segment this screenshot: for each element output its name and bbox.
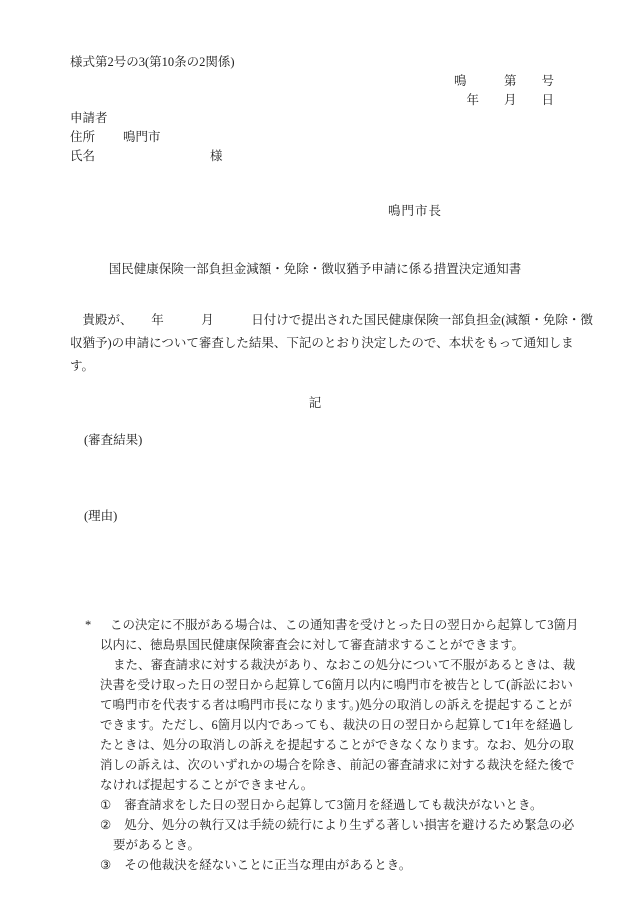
review-result-label: (審査結果) <box>84 430 142 448</box>
reason-label: (理由) <box>84 506 117 524</box>
address-value: 鳴門市 <box>123 130 161 144</box>
honorific-label: 様 <box>210 149 223 163</box>
doc-number-line: 鳴 第 号 <box>454 71 554 89</box>
footnote-para1-line1: *この決定に不服がある場合は、この通知書を受けとった日の翌日から起算して3箇月 <box>100 615 579 635</box>
item-3-number: ③ <box>100 855 111 875</box>
name-line: 氏名様 <box>70 146 223 164</box>
footnote-para2-line3: て鳴門市を代表する者は鳴門市長になります。)処分の取消しの訴えを提起することが <box>100 695 579 715</box>
date-line: 年 月 日 <box>466 90 554 108</box>
body-paragraph: 貴殿が、 年 月 日付けで提出された国民健康保険一部負担金(減額・免除・徴 収猶… <box>70 309 593 378</box>
name-label: 氏名 <box>70 149 95 163</box>
record-mark: 記 <box>0 393 630 411</box>
footnote-para2-line2: 決書を受け取った日の翌日から起算して6箇月以内に鳴門市を被告として(訴訟におい <box>100 675 579 695</box>
sender-name: 鳴門市長 <box>388 201 442 219</box>
address-line: 住所鳴門市 <box>70 127 161 145</box>
footnote-para2-line1: また、審査請求に対する裁決があり、なおこの処分について不服があるときは、裁 <box>100 655 579 675</box>
footnote-para2-line5: たときは、処分の取消しの訴えを提起することができなくなります。なお、処分の取 <box>100 735 579 755</box>
footnote-para1-line2: 以内に、徳島県国民健康保険審査会に対して審査請求することができます。 <box>100 635 579 655</box>
footnote-item-2: ②処分、処分の執行又は手続の続行により生ずる著しい損害を避けるため緊急の必 <box>100 815 579 835</box>
footnote-block: *この決定に不服がある場合は、この通知書を受けとった日の翌日から起算して3箇月 … <box>100 615 579 875</box>
body-line-2: 収猶予)の申請について審査した結果、下記のとおり決定したので、本状をもって通知し… <box>70 332 593 355</box>
form-number: 様式第2号の3(第10条の2関係) <box>70 52 235 70</box>
document-page: 様式第2号の3(第10条の2関係) 鳴 第 号 年 月 日 申請者 住所鳴門市 … <box>0 0 630 915</box>
footnote-item-3: ③その他裁決を経ないことに正当な理由があるとき。 <box>100 855 579 875</box>
asterisk-marker: * <box>85 615 91 635</box>
body-line-1: 貴殿が、 年 月 日付けで提出された国民健康保険一部負担金(減額・免除・徴 <box>70 309 593 332</box>
footnote-para2-line7: なければ提起することができません。 <box>100 775 579 795</box>
footnote-para2-line6: 消しの訴えは、次のいずれかの場合を除き、前記の審査請求に対する裁決を経た後で <box>100 755 579 775</box>
document-title: 国民健康保険一部負担金減額・免除・徴収猶予申請に係る措置決定通知書 <box>0 259 630 277</box>
applicant-label: 申請者 <box>70 108 108 126</box>
address-label: 住所 <box>70 130 95 144</box>
footnote-item-1: ①審査請求をした日の翌日から起算して3箇月を経過しても裁決がないとき。 <box>100 795 579 815</box>
item-1-number: ① <box>100 795 111 815</box>
body-line-3: す。 <box>70 355 593 378</box>
footnote-item-2-cont: 要があるとき。 <box>100 835 579 855</box>
item-2-number: ② <box>100 815 111 835</box>
footnote-para2-line4: できます。ただし、6箇月以内であっても、裁決の日の翌日から起算して1年を経過し <box>100 715 579 735</box>
